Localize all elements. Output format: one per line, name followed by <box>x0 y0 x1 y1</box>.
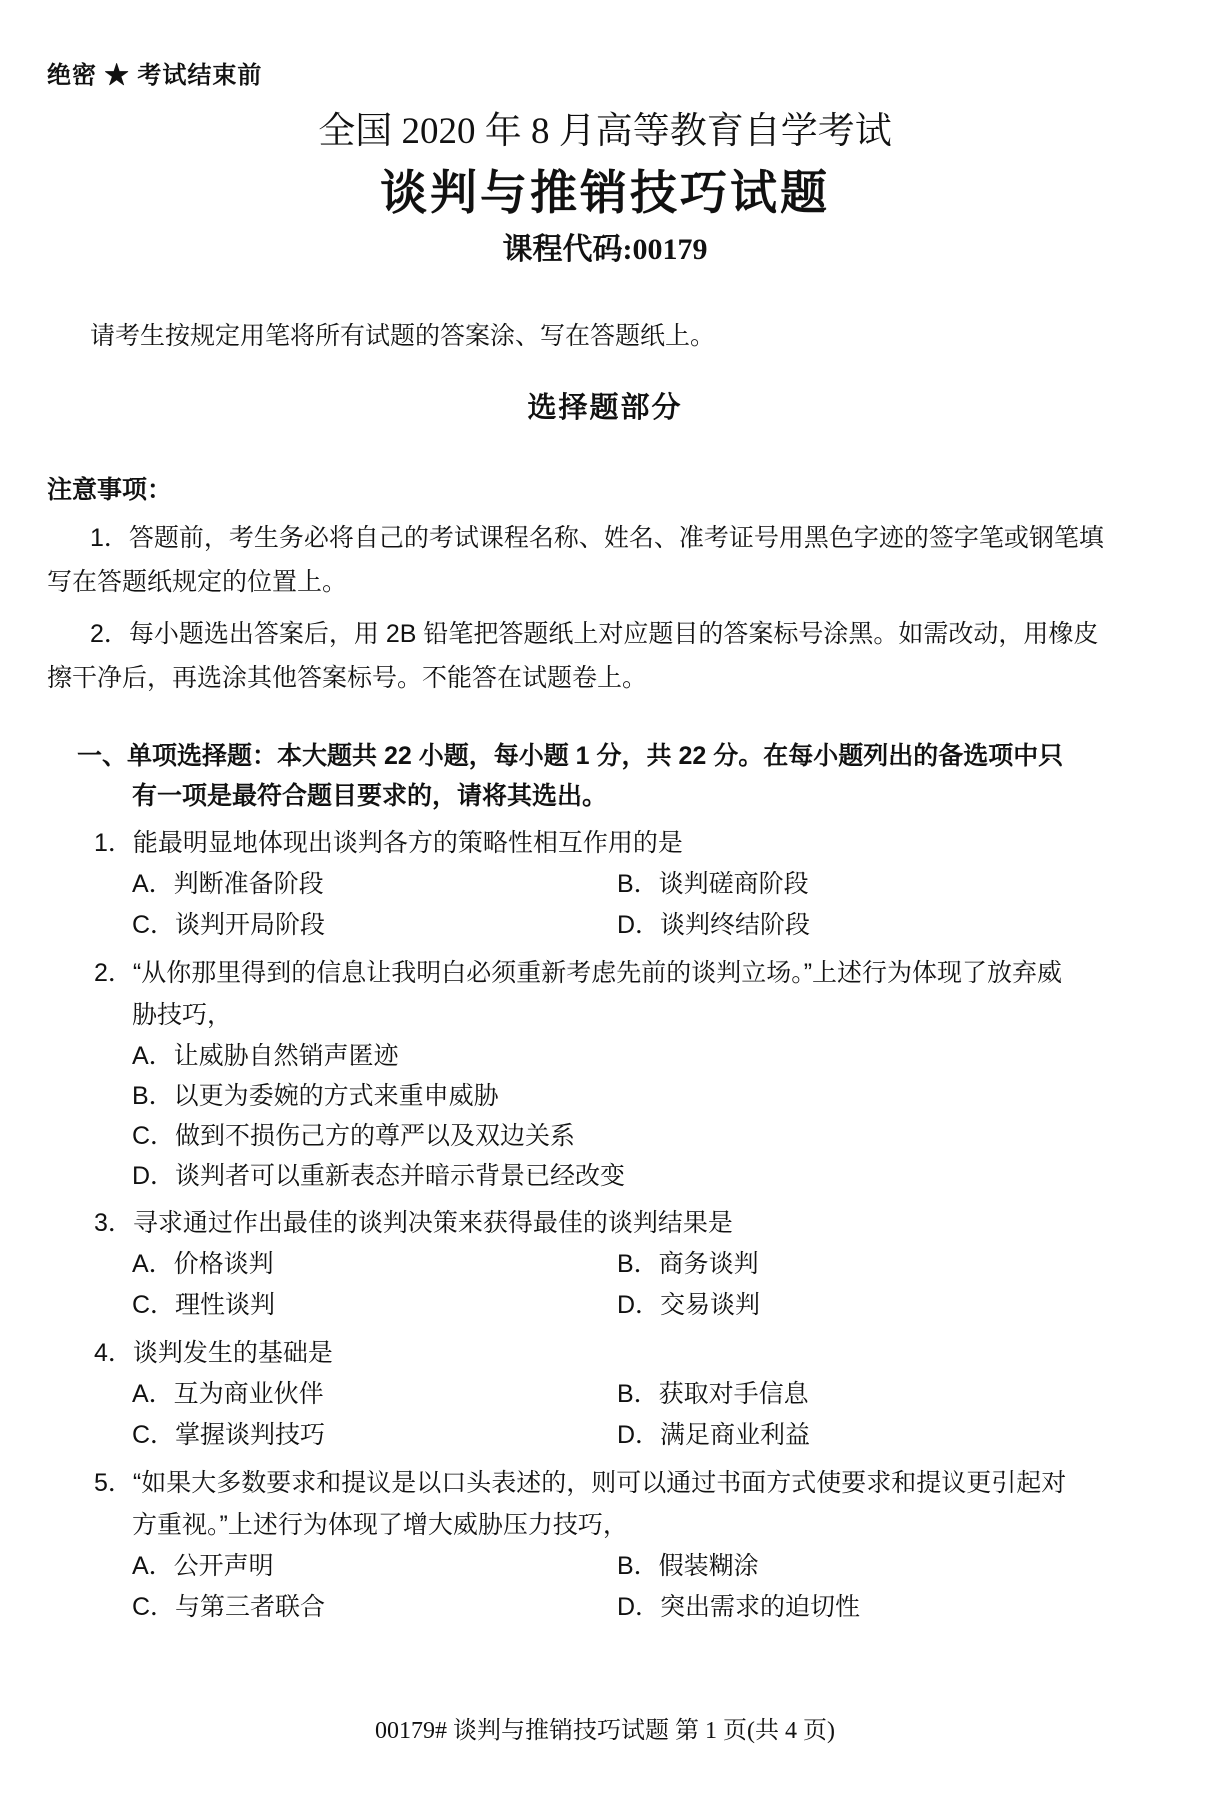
question-1-options: A．判断准备阶段 B．谈判磋商阶段 C．谈判开局阶段 D．谈判终结阶段 <box>132 864 1163 946</box>
option-d: D．满足商业利益 <box>617 1415 1163 1456</box>
option-d: D．交易谈判 <box>617 1285 1163 1326</box>
option-d: D．谈判者可以重新表态并暗示背景已经改变 <box>132 1156 1163 1196</box>
question-stem-text: “从你那里得到的信息让我明白必须重新考虑先前的谈判立场。”上述行为体现了放弃威胁… <box>132 959 1062 1029</box>
question-3-stem: 3．寻求通过作出最佳的谈判决策来获得最佳的谈判结果是 <box>132 1202 1082 1244</box>
option-b: B．谈判磋商阶段 <box>617 864 1163 905</box>
option-d: D．谈判终结阶段 <box>617 905 1163 946</box>
note-item-1: 1．答题前，考生务必将自己的考试课程名称、姓名、准考证号用黑色字迹的签字笔或钢笔… <box>47 516 1105 604</box>
option-a: A．判断准备阶段 <box>132 864 617 905</box>
paper-title: 谈判与推销技巧试题 <box>47 164 1163 224</box>
question-number: 4． <box>94 1339 133 1367</box>
question-stem-text: 能最明显地体现出谈判各方的策略性相互作用的是 <box>133 829 683 857</box>
exam-title: 全国 2020 年 8 月高等教育自学考试 <box>47 108 1163 156</box>
option-d: D．突出需求的迫切性 <box>617 1587 1163 1628</box>
option-b: B．获取对手信息 <box>617 1374 1163 1415</box>
question-4-stem: 4．谈判发生的基础是 <box>132 1332 1082 1374</box>
note-item-2: 2．每小题选出答案后，用 2B 铅笔把答题纸上对应题目的答案标号涂黑。如需改动，… <box>47 612 1105 700</box>
option-b: B．假装糊涂 <box>617 1546 1163 1587</box>
option-c: C．谈判开局阶段 <box>132 905 617 946</box>
option-b: B．商务谈判 <box>617 1244 1163 1285</box>
section-one-heading: 一、单项选择题：本大题共 22 小题，每小题 1 分，共 22 分。在每小题列出… <box>132 736 1067 816</box>
option-c: C．与第三者联合 <box>132 1587 617 1628</box>
option-a: A．互为商业伙伴 <box>132 1374 617 1415</box>
question-number: 5． <box>94 1469 133 1497</box>
option-a: A．公开声明 <box>132 1546 617 1587</box>
question-2: 2．“从你那里得到的信息让我明白必须重新考虑先前的谈判立场。”上述行为体现了放弃… <box>47 952 1163 1196</box>
option-a: A．让威胁自然销声匿迹 <box>132 1036 1163 1076</box>
option-c: C．做到不损伤己方的尊严以及双边关系 <box>132 1116 1163 1156</box>
question-3-options: A．价格谈判 B．商务谈判 C．理性谈判 D．交易谈判 <box>132 1244 1163 1326</box>
question-2-options: A．让威胁自然销声匿迹 B．以更为委婉的方式来重申威胁 C．做到不损伤己方的尊严… <box>132 1036 1163 1196</box>
question-stem-text: 谈判发生的基础是 <box>133 1339 333 1367</box>
classification-banner: 绝密 ★ 考试结束前 <box>47 0 1163 92</box>
question-number: 3． <box>94 1209 133 1237</box>
question-2-stem: 2．“从你那里得到的信息让我明白必须重新考虑先前的谈判立场。”上述行为体现了放弃… <box>132 952 1082 1036</box>
option-b: B．以更为委婉的方式来重申威胁 <box>132 1076 1163 1116</box>
exam-paper-page: 绝密 ★ 考试结束前 全国 2020 年 8 月高等教育自学考试 谈判与推销技巧… <box>0 0 1210 1798</box>
answer-sheet-instruction: 请考生按规定用笔将所有试题的答案涂、写在答题纸上。 <box>47 318 1163 354</box>
question-4: 4．谈判发生的基础是 A．互为商业伙伴 B．获取对手信息 C．掌握谈判技巧 D．… <box>47 1332 1163 1456</box>
question-stem-text: 寻求通过作出最佳的谈判决策来获得最佳的谈判结果是 <box>133 1209 733 1237</box>
question-1: 1．能最明显地体现出谈判各方的策略性相互作用的是 A．判断准备阶段 B．谈判磋商… <box>47 822 1163 946</box>
option-c: C．掌握谈判技巧 <box>132 1415 617 1456</box>
option-c: C．理性谈判 <box>132 1285 617 1326</box>
question-4-options: A．互为商业伙伴 B．获取对手信息 C．掌握谈判技巧 D．满足商业利益 <box>132 1374 1163 1456</box>
question-5: 5．“如果大多数要求和提议是以口头表述的，则可以通过书面方式使要求和提议更引起对… <box>47 1462 1163 1628</box>
question-5-stem: 5．“如果大多数要求和提议是以口头表述的，则可以通过书面方式使要求和提议更引起对… <box>132 1462 1082 1546</box>
course-code: 课程代码:00179 <box>47 230 1163 270</box>
option-a: A．价格谈判 <box>132 1244 617 1285</box>
question-3: 3．寻求通过作出最佳的谈判决策来获得最佳的谈判结果是 A．价格谈判 B．商务谈判… <box>47 1202 1163 1326</box>
part-heading: 选择题部分 <box>47 388 1163 428</box>
notes-title: 注意事项： <box>47 472 1163 508</box>
question-1-stem: 1．能最明显地体现出谈判各方的策略性相互作用的是 <box>132 822 1082 864</box>
question-5-options: A．公开声明 B．假装糊涂 C．与第三者联合 D．突出需求的迫切性 <box>132 1546 1163 1628</box>
page-footer: 00179# 谈判与推销技巧试题 第 1 页(共 4 页) <box>0 1714 1210 1748</box>
question-number: 1． <box>94 829 133 857</box>
question-stem-text: “如果大多数要求和提议是以口头表述的，则可以通过书面方式使要求和提议更引起对方重… <box>132 1469 1066 1539</box>
question-number: 2． <box>94 959 133 987</box>
